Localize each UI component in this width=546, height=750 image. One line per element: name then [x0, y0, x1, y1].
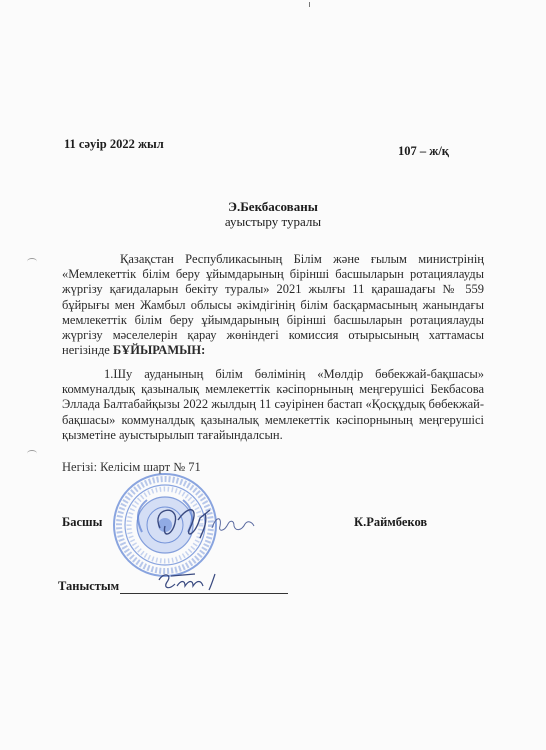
preamble-text: Қазақстан Республикасының Білім және ғыл… — [62, 252, 484, 357]
document-title-action: ауыстыру туралы — [0, 213, 546, 230]
document-date: 11 сәуір 2022 жыл — [64, 137, 164, 152]
preamble-paragraph: Қазақстан Республикасының Білім және ғыл… — [62, 252, 484, 358]
document-number: 107 – ж/қ — [398, 144, 449, 159]
order-word: БҰЙЫРАМЫН: — [113, 343, 205, 357]
hole-punch-mark — [27, 450, 37, 457]
scan-mark — [309, 2, 310, 7]
hole-punch-mark — [27, 258, 37, 265]
acknowledged-label: Таныстым — [58, 579, 119, 594]
head-signature-icon — [150, 498, 270, 548]
head-label: Басшы — [62, 515, 102, 530]
acknowledged-signature-icon — [155, 570, 235, 594]
order-item-1: 1.Шу ауданының білім бөлімінің «Мөлдір б… — [62, 367, 484, 443]
head-name: К.Раймбеков — [354, 515, 427, 530]
